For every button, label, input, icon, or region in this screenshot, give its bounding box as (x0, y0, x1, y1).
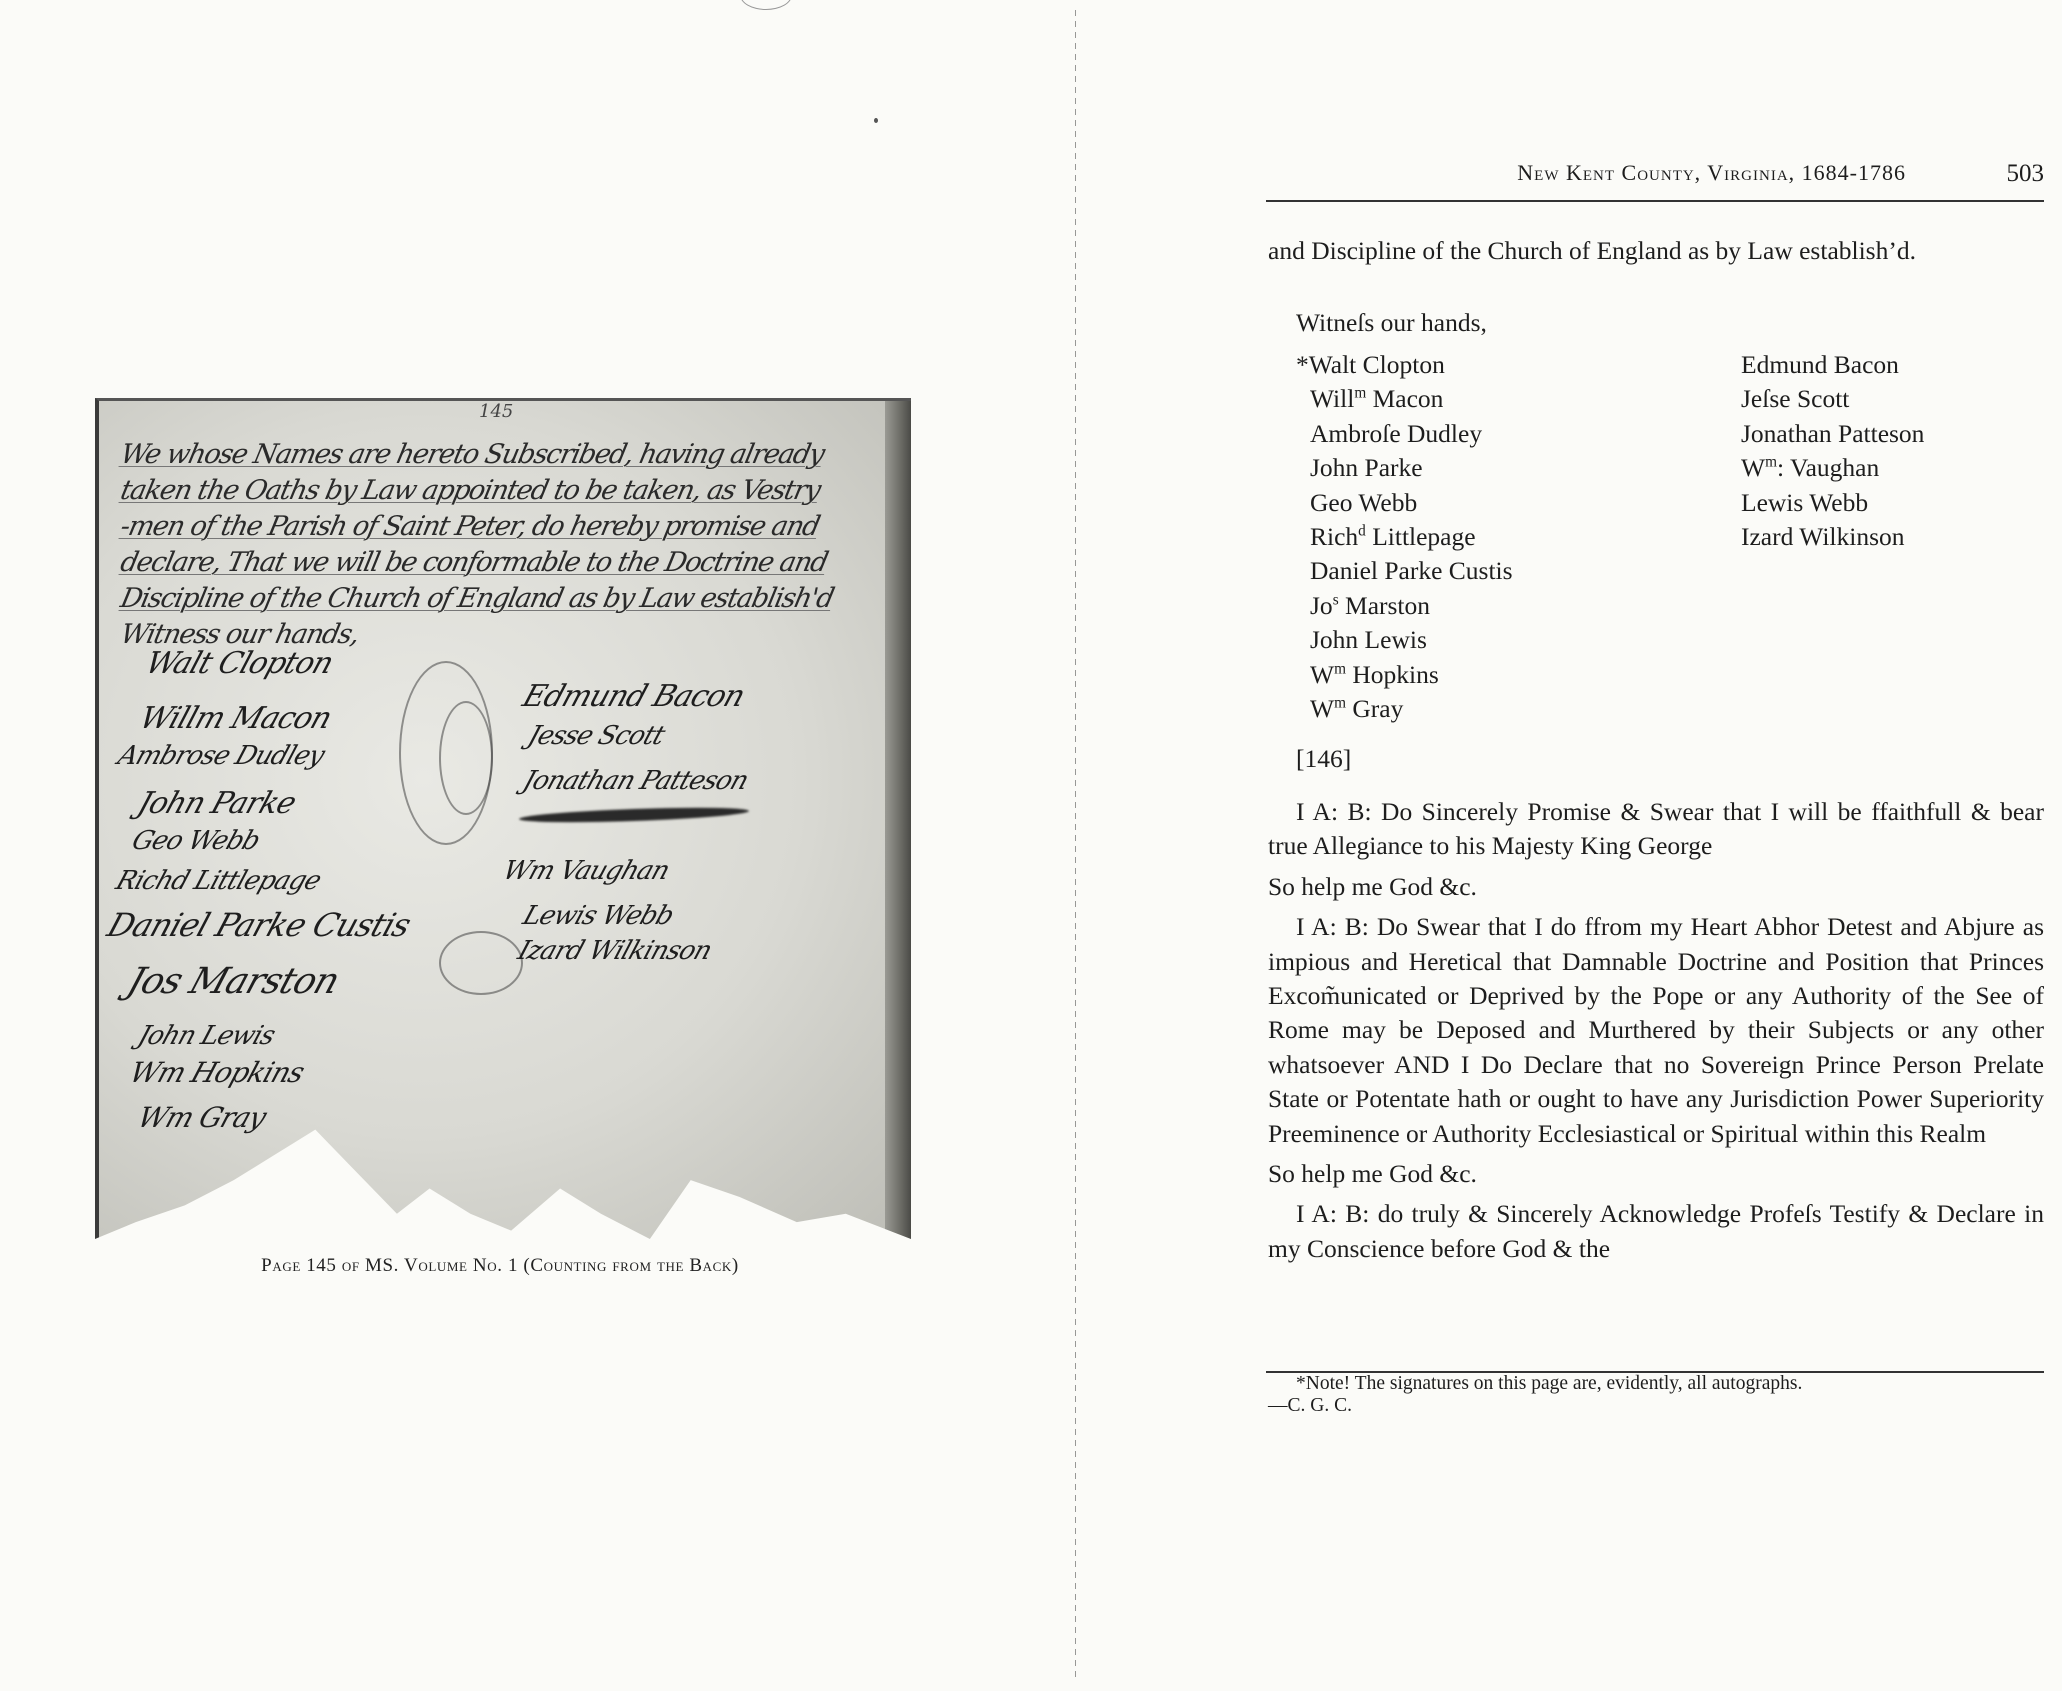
left-page: 145 We whose Names are hereto Subscribed… (0, 0, 1076, 1691)
oath-paragraphs: I A: B: Do Sincerely Promise & Swear tha… (1268, 795, 2044, 1272)
seal-flourish (439, 701, 493, 815)
footnote-text: *Note! The signatures on this page are, … (1268, 1373, 2044, 1395)
manuscript-binding-edge (885, 401, 911, 1239)
signatory-name: Jos Marston (1310, 589, 1513, 623)
figure-caption: Page 145 of MS. Volume No. 1 (Counting f… (0, 1255, 1000, 1277)
oath-allegiance: I A: B: Do Sincerely Promise & Swear tha… (1268, 795, 2044, 864)
abbreviation-superscript: d (1358, 523, 1366, 540)
abbreviation-superscript: m (1334, 695, 1346, 712)
signature: Geo Webb (128, 826, 263, 856)
signature: Wm Hopkins (126, 1056, 308, 1089)
manuscript-text: We whose Names are hereto Subscribed, ha… (121, 419, 871, 653)
signatory-name: Edmund Bacon (1741, 348, 1924, 382)
signatory-name: Wm Hopkins (1310, 658, 1513, 692)
signature: Jesse Scott (524, 721, 668, 751)
signature: Ambrose Dudley (114, 741, 328, 771)
oath-acknowledgement: I A: B: do truly & Sincerely Acknowledge… (1268, 1197, 2044, 1266)
signature: Lewis Webb (519, 901, 677, 931)
signature: John Lewis (134, 1021, 278, 1051)
header-rule (1266, 200, 2044, 202)
scan-speck (874, 118, 878, 123)
scan-artifact (740, 0, 792, 10)
signatory-name: Lewis Webb (1741, 486, 1924, 520)
oath-closing: So help me God &c. (1268, 1157, 2044, 1191)
oath-closing: So help me God &c. (1268, 870, 2044, 904)
manuscript-line: We whose Names are hereto Subscribed, ha… (117, 437, 875, 473)
signatory-name: *Walt Clopton (1296, 348, 1513, 382)
signatory-name: Wm: Vaughan (1741, 451, 1924, 485)
signature: Walt Clopton (141, 646, 337, 681)
signatory-name: Ambroſe Dudley (1310, 417, 1513, 451)
footnote: *Note! The signatures on this page are, … (1268, 1373, 2044, 1417)
signature: Wm Gray (134, 1101, 270, 1134)
abbreviation-superscript: s (1333, 591, 1339, 608)
signatory-name: Richd Littlepage (1310, 520, 1513, 554)
ink-blot (519, 805, 749, 825)
signature: Jos Marston (122, 961, 344, 1002)
signatory-name: Jeſse Scott (1741, 382, 1924, 416)
signature: Daniel Parke Custis (103, 906, 415, 944)
oath-abjuration: I A: B: Do Swear that I do ffrom my Hear… (1268, 910, 2044, 1151)
footnote-attribution: —C. G. C. (1268, 1395, 2044, 1417)
signatory-name: Wm Gray (1310, 692, 1513, 726)
signature: Izard Wilkinson (514, 936, 715, 966)
signature: Richd Littlepage (112, 866, 324, 896)
signature: Edmund Bacon (518, 679, 748, 714)
signature: Willm Macon (135, 701, 335, 736)
paragraph-text: and Discipline of the Church of England … (1268, 234, 2044, 268)
signature: Wm Vaughan (499, 856, 673, 886)
witness-line: Witneſs our hands, (1296, 308, 1487, 338)
abbreviation-superscript: m (1334, 660, 1346, 677)
manuscript-line: taken the Oaths by Law appointed to be t… (117, 473, 875, 509)
signatory-name: Geo Webb (1310, 486, 1513, 520)
signatory-name: John Parke (1310, 451, 1513, 485)
manuscript-line: declare, That we will be conformable to … (117, 545, 875, 581)
page-number: 503 (2007, 160, 2045, 188)
signatory-name: Willm Macon (1310, 382, 1513, 416)
manuscript-line: -men of the Parish of Saint Peter, do he… (117, 509, 875, 545)
signatory-name: Daniel Parke Custis (1310, 554, 1513, 588)
signature: Jonathan Patteson (519, 766, 752, 796)
signatories-left-column: *Walt CloptonWillm MaconAmbroſe DudleyJo… (1310, 348, 1513, 726)
opening-paragraph: and Discipline of the Church of England … (1268, 234, 2044, 274)
running-head: New Kent County, Virginia, 1684-1786 503 (1264, 160, 2044, 200)
signature: John Parke (133, 786, 300, 821)
section-marker: [146] (1296, 744, 1351, 774)
signatory-name: Jonathan Patteson (1741, 417, 1924, 451)
signatory-name: Izard Wilkinson (1741, 520, 1924, 554)
seal-flourish (439, 931, 523, 995)
signatory-name: John Lewis (1310, 623, 1513, 657)
manuscript-photo: 145 We whose Names are hereto Subscribed… (95, 398, 911, 1239)
abbreviation-superscript: m (1765, 454, 1777, 471)
running-head-title: New Kent County, Virginia, 1684-1786 (1517, 160, 1906, 186)
manuscript-line: Discipline of the Church of England as b… (117, 581, 875, 617)
signatories-right-column: Edmund BaconJeſse ScottJonathan Patteson… (1741, 348, 1924, 554)
abbreviation-superscript: m (1354, 385, 1366, 402)
